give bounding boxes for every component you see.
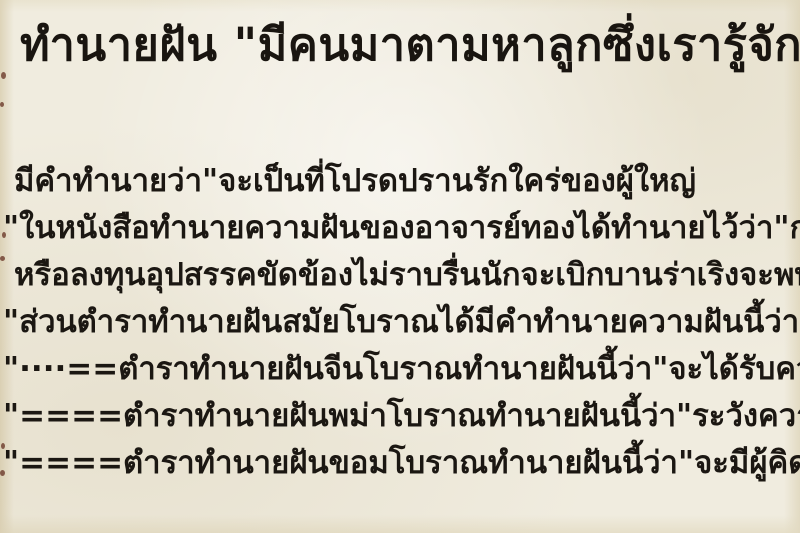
body-line: "====ตำราทำนายฝันขอมโบราณทำนายฝันนี้ว่า"… bbox=[0, 440, 800, 487]
body-line: "====ตำราทำนายฝันพม่าโบราณทำนายฝันนี้ว่า… bbox=[0, 393, 800, 440]
paper-speck bbox=[0, 256, 5, 261]
body-line: "ส่วนตำราทำนายฝันสมัยโบราณได้มีคำทำนายคว… bbox=[0, 299, 800, 346]
body-line: มีคำทำนายว่า"จะเป็นที่โปรดปรานรักใคร่ของ… bbox=[0, 158, 800, 205]
page-title-text: ทำนายฝัน "มีคนมาตามหาลูกซึ่งเรารู้จักแต่ bbox=[20, 18, 800, 71]
paper-speck bbox=[0, 102, 4, 107]
paper-speck bbox=[0, 470, 5, 476]
page-title: ทำนายฝัน "มีคนมาตามหาลูกซึ่งเรารู้จักแต่ bbox=[20, 8, 800, 80]
paper-page: ทำนายฝัน "มีคนมาตามหาลูกซึ่งเรารู้จักแต่… bbox=[0, 0, 800, 533]
body-line: หรือลงทุนอุปสรรคขัดข้องไม่ราบรื่นนักจะเบ… bbox=[0, 252, 800, 299]
paper-speck bbox=[1, 443, 5, 449]
body-text: มีคำทำนายว่า"จะเป็นที่โปรดปรานรักใคร่ของ… bbox=[0, 158, 800, 487]
body-line: "ในหนังสือทำนายความฝันของอาจารย์ทองได้ทำ… bbox=[0, 205, 800, 252]
body-line: "····==ตำราทำนายฝันจีนโบราณทำนายฝันนี้ว่… bbox=[0, 346, 800, 393]
paper-speck bbox=[1, 72, 6, 79]
paper-speck bbox=[2, 232, 6, 238]
